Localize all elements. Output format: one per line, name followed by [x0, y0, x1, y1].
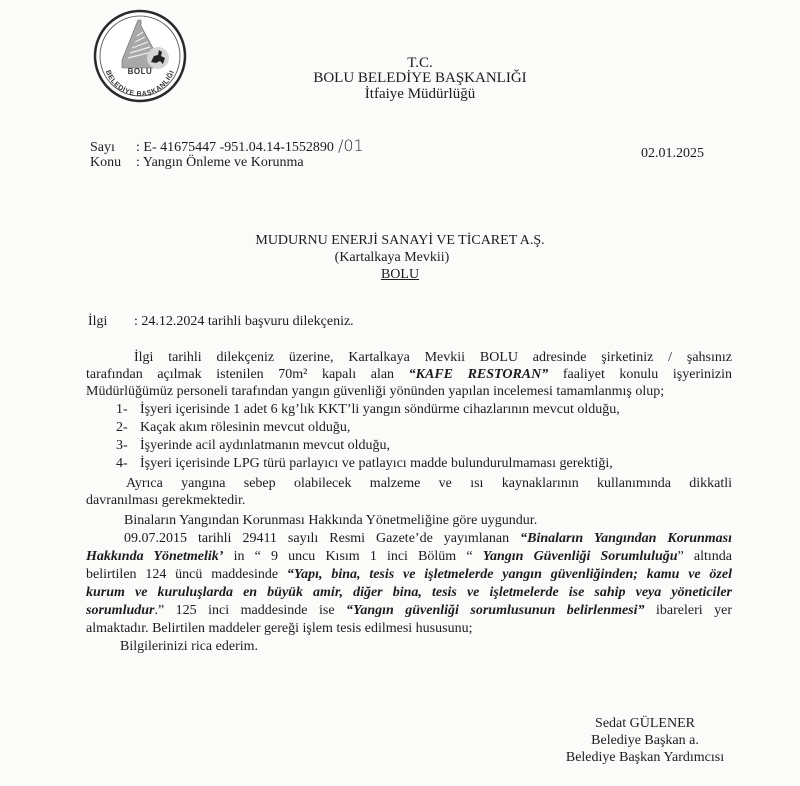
header-tc: T.C. — [300, 55, 540, 71]
sayi-value: : E- 41675447 -951.04.14-1552890 — [136, 140, 334, 155]
body-closing: Bilgilerinizi rica ederim. — [120, 638, 258, 655]
item-text: İşyerinde acil aydınlatmanın mevcut oldu… — [140, 438, 390, 453]
item-number: 2- — [116, 420, 140, 436]
p4-text: .” 125 inci maddesinde ise — [154, 603, 334, 618]
body-p2-line2: davranılması gerekmektedir. — [86, 492, 245, 509]
signatory-title-1: Belediye Başkan a. — [545, 732, 745, 749]
body-p3: Binaların Yangından Korunması Hakkında Y… — [124, 512, 537, 529]
body-p1-line2: tarafından açılmak istenilen 70m² kapalı… — [86, 366, 732, 383]
p4-text: ” altında — [678, 549, 732, 564]
item-text: İşyeri içerisinde 1 adet 6 kg’lık KKT’li… — [140, 402, 620, 417]
body-p1-line3: Müdürlüğümüz personeli tarafından yangın… — [86, 383, 664, 400]
header-institution: BOLU BELEDİYE BAŞKANLIĞI — [270, 70, 570, 86]
body-p4-line2: Hakkında Yönetmelik’ in “ 9 uncu Kısım 1… — [86, 548, 732, 565]
p4-section: in “ 9 uncu Kısım 1 inci Bölüm “ — [234, 549, 473, 564]
item-number: 1- — [116, 402, 140, 418]
municipality-logo: BOLU BELEDİYE BAŞKANLIĞI — [92, 8, 188, 104]
finding-item-4: 4-İşyeri içerisinde LPG türü parlayıcı v… — [116, 456, 613, 472]
p4-regulation-title: “Binaların Yangından Korunması — [520, 531, 732, 546]
item-text: İşyeri içerisinde LPG türü parlayıcı ve … — [140, 456, 613, 471]
bolu-seal-icon: BOLU BELEDİYE BAŞKANLIĞI — [92, 8, 188, 104]
konu-value: : Yangın Önleme ve Korunma — [136, 155, 304, 170]
konu-row: Konu: Yangın Önleme ve Korunma — [90, 154, 304, 172]
finding-item-2: 2-Kaçak akım rölesinin mevcut olduğu, — [116, 420, 350, 436]
ilgi-row: İlgi: 24.12.2024 tarihli başvuru dilekçe… — [88, 313, 354, 330]
header-department: İtfaiye Müdürlüğü — [300, 86, 540, 102]
body-p4-line6: almaktadır. Belirtilen maddeler gereği i… — [86, 620, 472, 637]
document-date: 02.01.2025 — [641, 145, 704, 163]
ilgi-value: : 24.12.2024 tarihli başvuru dilekçeniz. — [134, 314, 354, 329]
ilgi-label: İlgi — [88, 313, 134, 330]
p4-article-quote-end: sorumludur — [86, 603, 154, 618]
body-p4-line3: belirtilen 124 üncü maddesinde “Yapı, bi… — [86, 566, 732, 583]
p1-text-c: faaliyet konulu işyerinizin — [563, 367, 732, 382]
finding-item-3: 3-İşyerinde acil aydınlatmanın mevcut ol… — [116, 438, 390, 454]
sayi-handwritten-annotation: /01 — [338, 136, 364, 155]
body-p4-line5: sorumludur.” 125 inci maddesinde ise “Ya… — [86, 602, 732, 619]
p1-business-type: “KAFE RESTORAN” — [409, 367, 549, 382]
p4-article-125-quote: “Yangın güvenliği sorumlusunun belirlenm… — [346, 603, 644, 618]
svg-text:BOLU: BOLU — [128, 67, 153, 76]
p1-text-a: tarafından açılmak istenilen 70m² kapalı… — [86, 367, 394, 382]
recipient-location: (Kartalkaya Mevkii) — [0, 249, 792, 266]
p4-text: belirtilen 124 üncü maddesinde — [86, 567, 278, 582]
signatory-title-2: Belediye Başkan Yardımcısı — [545, 749, 745, 766]
body-p4-line1: 09.07.2015 tarihli 29411 sayılı Resmi Ga… — [124, 530, 732, 547]
recipient-company: MUDURNU ENERJİ SANAYİ VE TİCARET A.Ş. — [0, 232, 800, 249]
p4-text: 09.07.2015 tarihli 29411 sayılı Resmi Ga… — [124, 531, 509, 546]
body-p2-line1: Ayrıca yangına sebep olabilecek malzeme … — [126, 475, 732, 492]
signatory-name: Sedat GÜLENER — [545, 715, 745, 732]
p4-regulation-title-cont: Hakkında Yönetmelik’ — [86, 549, 223, 564]
body-p4-line4: kurum ve kuruluşlarda en büyük amir, diğ… — [86, 584, 732, 601]
item-number: 4- — [116, 456, 140, 472]
body-p1-line1: İlgi tarihli dilekçeniz üzerine, Kartalk… — [134, 349, 732, 366]
p4-article-quote: “Yapı, bina, tesis ve işletmelerde yangı… — [287, 567, 732, 582]
p4-section-title: Yangın Güvenliği Sorumluluğu — [483, 549, 678, 564]
recipient-city-text: BOLU — [381, 267, 419, 282]
recipient-city: BOLU — [0, 266, 800, 283]
p4-text: ibareleri yer — [656, 603, 732, 618]
item-number: 3- — [116, 438, 140, 454]
item-text: Kaçak akım rölesinin mevcut olduğu, — [140, 420, 350, 435]
finding-item-1: 1-İşyeri içerisinde 1 adet 6 kg’lık KKT’… — [116, 402, 620, 418]
konu-label: Konu — [90, 154, 136, 172]
